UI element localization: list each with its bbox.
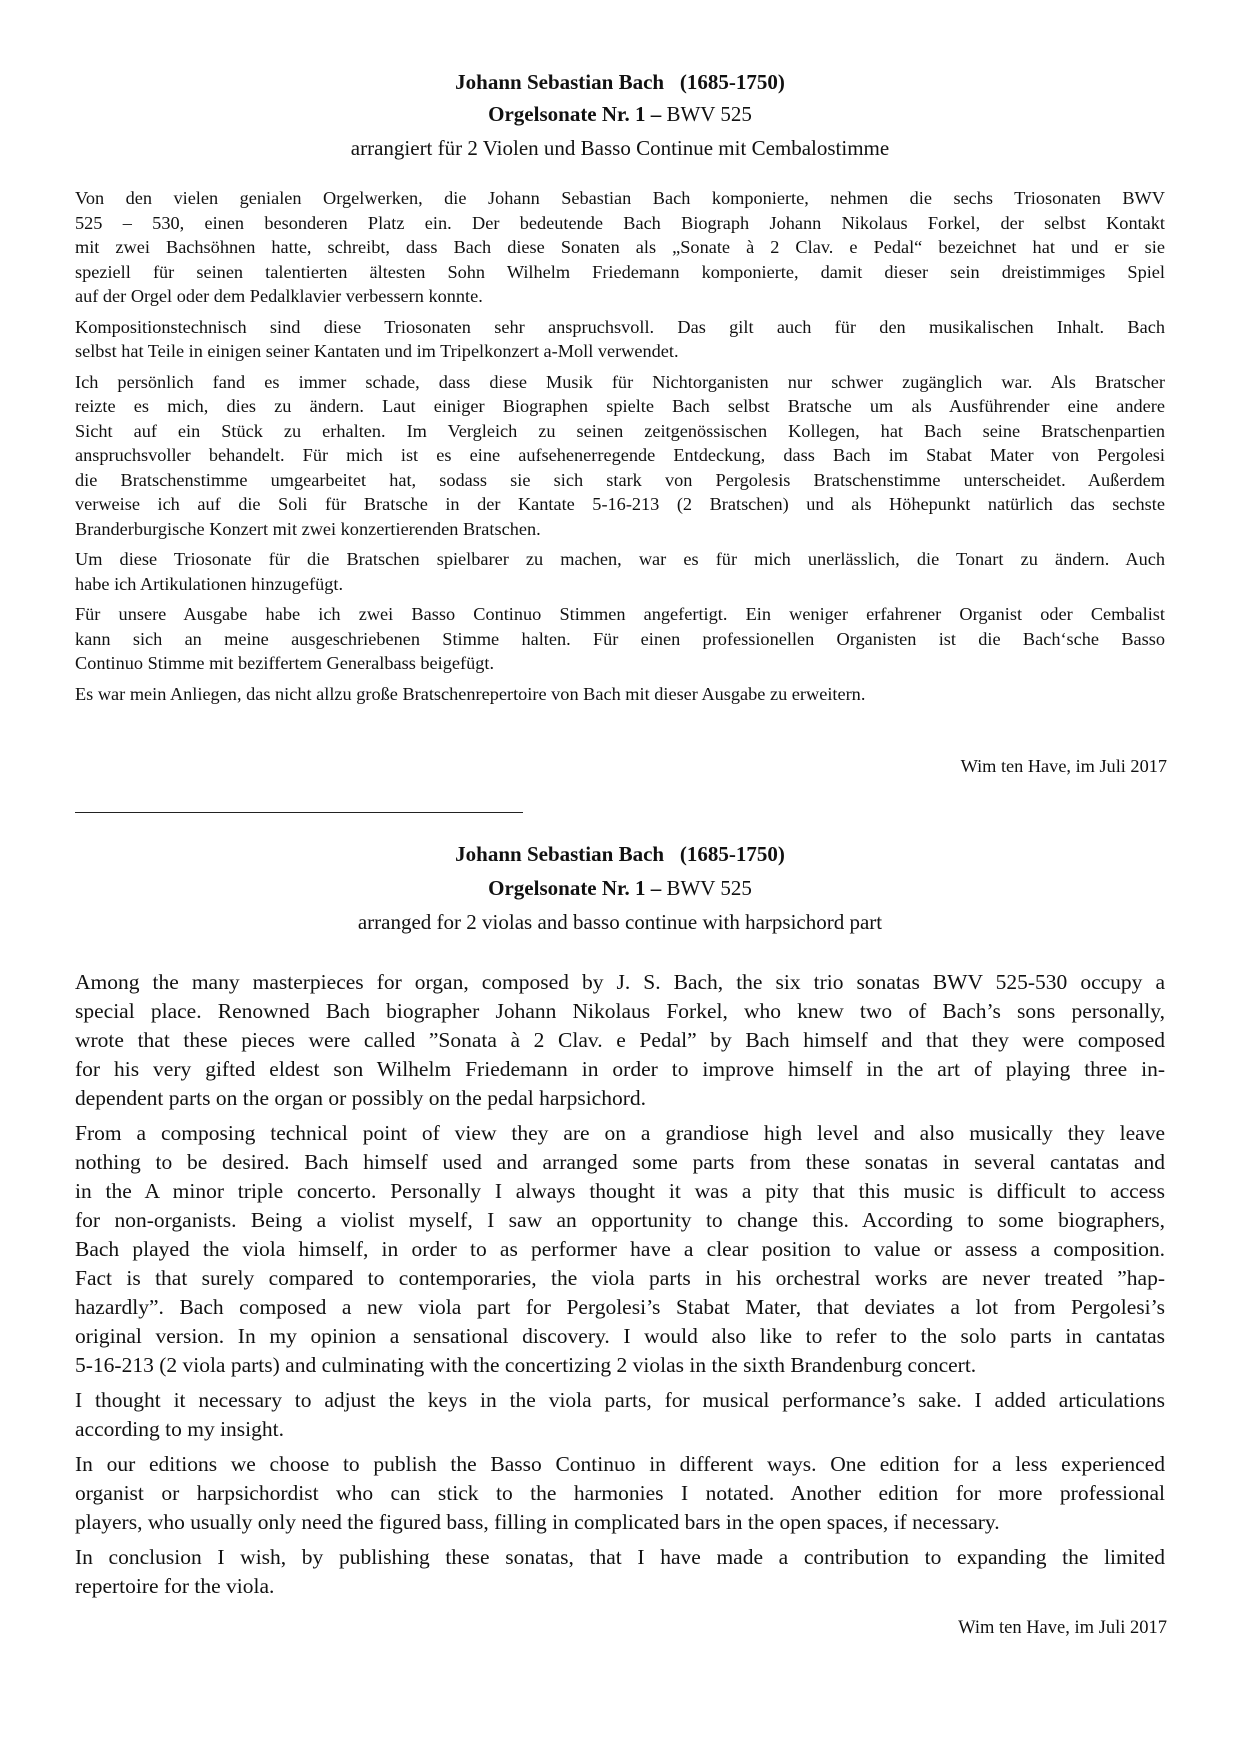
composer-name: Johann Sebastian Bach	[455, 70, 664, 94]
text-line: kann sich an meine ausgeschriebenen Stim…	[75, 627, 1165, 652]
text-line: 525 – 530, einen besonderen Platz ein. D…	[75, 211, 1165, 236]
composer-years: (1685-1750)	[680, 842, 785, 866]
text-line: selbst hat Teile in einigen seiner Kanta…	[75, 339, 1165, 364]
paragraph: In conclusion I wish, by publishing thes…	[75, 1543, 1165, 1601]
section-divider	[75, 812, 523, 813]
text-line: In conclusion I wish, by publishing thes…	[75, 1543, 1165, 1572]
text-line: Es war mein Anliegen, das nicht allzu gr…	[75, 682, 1165, 707]
text-line: wrote that these pieces were called ”Son…	[75, 1026, 1165, 1055]
text-line: Um diese Triosonate für die Bratschen sp…	[75, 547, 1165, 572]
text-line: In our editions we choose to publish the…	[75, 1450, 1165, 1479]
text-line: for non-organists. Being a violist mysel…	[75, 1206, 1165, 1235]
work-title-bold: Orgelsonate Nr. 1 –	[488, 102, 661, 126]
work-title-bold: Orgelsonate Nr. 1 –	[488, 876, 661, 900]
paragraph: Among the many masterpieces for organ, c…	[75, 968, 1165, 1113]
text-line: Kompositionstechnisch sind diese Trioson…	[75, 315, 1165, 340]
text-line: auf der Orgel oder dem Pedalklavier verb…	[75, 284, 1165, 309]
text-line: I thought it necessary to adjust the key…	[75, 1386, 1165, 1415]
text-line: Fact is that surely compared to contempo…	[75, 1264, 1165, 1293]
document-page: Johann Sebastian Bach (1685-1750) Orgels…	[0, 0, 1240, 1754]
paragraph: Kompositionstechnisch sind diese Trioson…	[75, 315, 1165, 364]
paragraph: In our editions we choose to publish the…	[75, 1450, 1165, 1537]
english-composer-heading: Johann Sebastian Bach (1685-1750)	[0, 842, 1240, 867]
text-line: special place. Renowned Bach biographer …	[75, 997, 1165, 1026]
work-bwv-number: BWV 525	[661, 876, 752, 900]
paragraph: Um diese Triosonate für die Bratschen sp…	[75, 547, 1165, 596]
text-line: speziell für seinen talentierten älteste…	[75, 260, 1165, 285]
german-work-title: Orgelsonate Nr. 1 – BWV 525	[0, 102, 1240, 127]
text-line: original version. In my opinion a sensat…	[75, 1322, 1165, 1351]
text-line: repertoire for the viola.	[75, 1572, 1165, 1601]
text-line: Among the many masterpieces for organ, c…	[75, 968, 1165, 997]
text-line: in the A minor triple concerto. Personal…	[75, 1177, 1165, 1206]
paragraph: Für unsere Ausgabe habe ich zwei Basso C…	[75, 602, 1165, 676]
text-line: players, who usually only need the figur…	[75, 1508, 1165, 1537]
paragraph: I thought it necessary to adjust the key…	[75, 1386, 1165, 1444]
text-line: Von den vielen genialen Orgelwerken, die…	[75, 186, 1165, 211]
composer-years: (1685-1750)	[680, 70, 785, 94]
paragraph: From a composing technical point of view…	[75, 1119, 1165, 1380]
text-line: die Bratschenstimme umgearbeitet hat, so…	[75, 468, 1165, 493]
german-body: Von den vielen genialen Orgelwerken, die…	[75, 186, 1165, 712]
english-body: Among the many masterpieces for organ, c…	[75, 968, 1165, 1607]
composer-name: Johann Sebastian Bach	[455, 842, 664, 866]
text-line: mit zwei Bachsöhnen hatte, schreibt, das…	[75, 235, 1165, 260]
german-composer-heading: Johann Sebastian Bach (1685-1750)	[0, 70, 1240, 95]
text-line: Bach played the viola himself, in order …	[75, 1235, 1165, 1264]
text-line: verweise ich auf die Soli für Bratsche i…	[75, 492, 1165, 517]
english-work-title: Orgelsonate Nr. 1 – BWV 525	[0, 876, 1240, 901]
german-signature: Wim ten Have, im Juli 2017	[961, 756, 1167, 777]
text-line: according to my insight.	[75, 1415, 1165, 1444]
work-bwv-number: BWV 525	[661, 102, 752, 126]
paragraph: Ich persönlich fand es immer schade, das…	[75, 370, 1165, 542]
text-line: reizte es mich, dies zu ändern. Laut ein…	[75, 394, 1165, 419]
text-line: for his very gifted eldest son Wilhelm F…	[75, 1055, 1165, 1084]
paragraph: Von den vielen genialen Orgelwerken, die…	[75, 186, 1165, 309]
text-line: Branderburgische Konzert mit zwei konzer…	[75, 517, 1165, 542]
text-line: organist or harpsichordist who can stick…	[75, 1479, 1165, 1508]
text-line: dependent parts on the organ or possibly…	[75, 1084, 1165, 1113]
text-line: 5-16-213 (2 viola parts) and culminating…	[75, 1351, 1165, 1380]
text-line: anspruchsvoller behandelt. Für mich ist …	[75, 443, 1165, 468]
text-line: Continuo Stimme mit beziffertem Generalb…	[75, 651, 1165, 676]
text-line: Für unsere Ausgabe habe ich zwei Basso C…	[75, 602, 1165, 627]
text-line: nothing to be desired. Bach himself used…	[75, 1148, 1165, 1177]
paragraph: Es war mein Anliegen, das nicht allzu gr…	[75, 682, 1165, 707]
english-signature: Wim ten Have, im Juli 2017	[958, 1618, 1167, 1639]
text-line: habe ich Artikulationen hinzugefügt.	[75, 572, 1165, 597]
german-arrangement-subtitle: arrangiert für 2 Violen und Basso Contin…	[0, 136, 1240, 161]
text-line: From a composing technical point of view…	[75, 1119, 1165, 1148]
text-line: Sicht auf ein Stück zu erhalten. Im Verg…	[75, 419, 1165, 444]
english-arrangement-subtitle: arranged for 2 violas and basso continue…	[0, 910, 1240, 935]
text-line: hazardly”. Bach composed a new viola par…	[75, 1293, 1165, 1322]
text-line: Ich persönlich fand es immer schade, das…	[75, 370, 1165, 395]
